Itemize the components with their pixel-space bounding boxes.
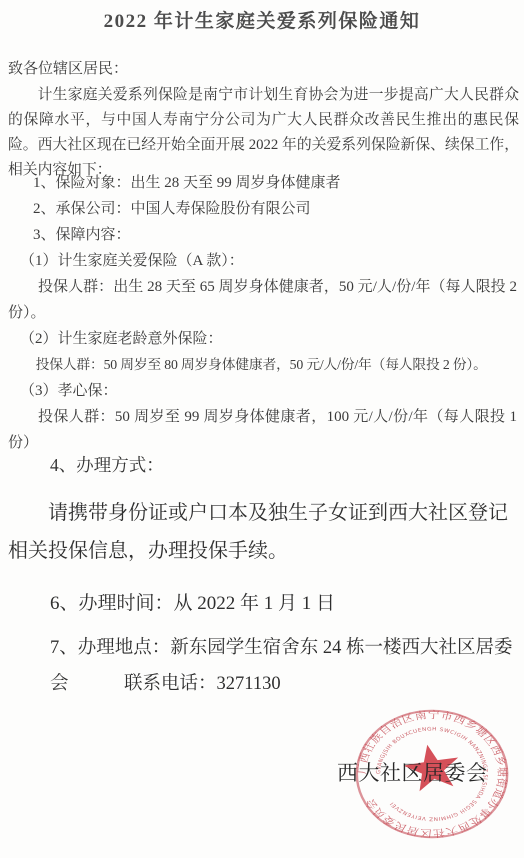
signature-text: 西大社区居委会 bbox=[337, 757, 488, 787]
notice-page: 2022 年计生家庭关爱系列保险通知 致各位辖区居民： 计生家庭关爱系列保险是南… bbox=[0, 0, 524, 858]
list-item-insured-target: 1、保险对象：出生 28 天至 99 周岁身体健康者 bbox=[33, 170, 517, 196]
list-item-coverage-heading: 3、保障内容： bbox=[33, 222, 517, 248]
list-item-plan-b-detail: 投保人群：50 周岁至 80 周岁身体健康者，50 元/人/份/年（每人限投 2… bbox=[8, 352, 517, 378]
method-paragraph: 请携带身份证或户口本及独生子女证到西大社区登记相关投保信息，办理投保手续。 bbox=[8, 494, 517, 570]
section-4-heading: 4、办理方式： bbox=[50, 452, 164, 477]
notice-title: 2022 年计生家庭关爱系列保险通知 bbox=[0, 6, 524, 33]
intro-paragraph: 计生家庭关爱系列保险是南宁市计划生育协会为进一步提高广大人民群众的保障水平，与中… bbox=[8, 83, 519, 183]
list-item-plan-b-heading: （2）计生家庭老龄意外保险： bbox=[20, 326, 517, 352]
list-item-plan-c-heading: （3）孝心保： bbox=[20, 378, 517, 404]
salutation: 致各位辖区居民： bbox=[8, 57, 128, 78]
list-item-plan-a-detail: 投保人群：出生 28 天至 65 周岁身体健康者，50 元/人/份/年（每人限投… bbox=[8, 274, 517, 326]
notice-list: 1、保险对象：出生 28 天至 99 周岁身体健康者 2、承保公司：中国人寿保险… bbox=[8, 170, 517, 456]
section-6-line: 6、办理时间：从 2022 年 1 月 1 日 bbox=[50, 588, 335, 615]
list-item-plan-c-detail: 投保人群：50 周岁至 99 周岁身体健康者，100 元/人/份/年（每人限投 … bbox=[8, 404, 517, 456]
list-item-insurer-company: 2、承保公司：中国人寿保险股份有限公司 bbox=[33, 196, 517, 222]
list-item-plan-a-heading: （1）计生家庭关爱保险（A 款）： bbox=[20, 248, 517, 274]
section-7-line: 7、办理地点：新东园学生宿舍东 24 栋一楼西大社区居委会 联系电话：32711… bbox=[50, 630, 518, 702]
